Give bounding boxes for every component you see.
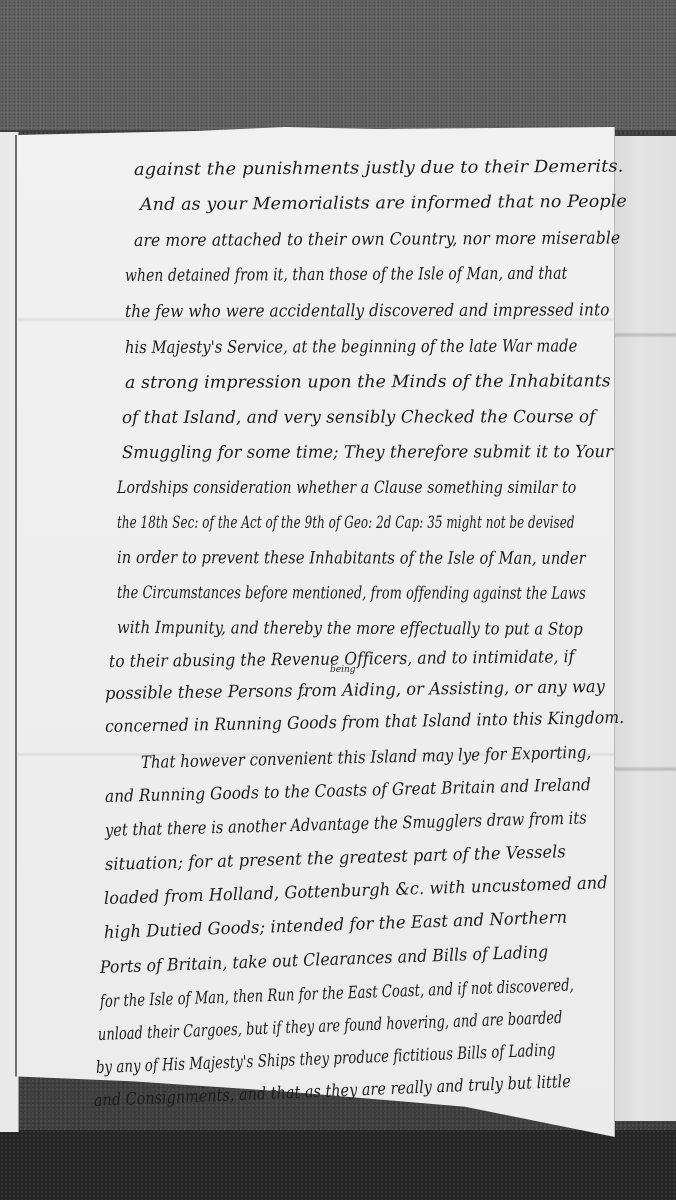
text-line: Smuggling for some time; They therefore … [122, 442, 613, 463]
text-line: possible these Persons from Aiding, or A… [105, 677, 605, 704]
interlinear-insertion: being [330, 665, 356, 675]
text-line: and Running Goods to the Coasts of Great… [105, 775, 591, 807]
text-line: of that Island, and very sensibly Checke… [122, 407, 595, 428]
text-line: concerned in Running Goods from that Isl… [105, 708, 625, 737]
text-line: Ports of Britain, take out Clearances an… [100, 942, 549, 978]
text-line: in order to prevent these Inhabitants of… [117, 548, 586, 569]
text-line: the few who were accidentally discovered… [125, 300, 610, 322]
text-line: for the Isle of Man, then Run for the Ea… [100, 975, 575, 1012]
text-line: That however convenient this Island may … [141, 743, 592, 773]
text-line: the 18th Sec: of the Act of the 9th of G… [117, 513, 575, 533]
text-line: against the punishments justly due to th… [134, 157, 624, 180]
text-line: unload their Cargoes, but if they are fo… [98, 1008, 563, 1045]
text-line: And as your Memorialists are informed th… [140, 192, 627, 215]
text-line: the Circumstances before mentioned, from… [117, 583, 586, 604]
text-line: high Dutied Goods; intended for the East… [104, 908, 568, 943]
text-line: his Majesty's Service, at the beginning … [125, 336, 577, 358]
text-line: and Consignments, and that as they are r… [94, 1072, 572, 1111]
text-line: are more attached to their own Country, … [134, 228, 620, 251]
text-line: when detained from it, than those of the… [125, 264, 567, 286]
text-line: Lordships consideration whether a Clause… [117, 478, 576, 498]
manuscript-text: against the punishments justly due to th… [0, 0, 676, 1200]
text-line: loaded from Holland, Gottenburgh &c. wit… [104, 873, 608, 909]
text-line: with Impunity, and thereby the more effe… [117, 618, 583, 640]
text-line: by any of His Majesty's Ships they produ… [96, 1040, 556, 1078]
text-line: yet that there is another Advantage the … [105, 808, 587, 841]
text-line: a strong impression upon the Minds of th… [125, 371, 611, 393]
text-line: situation; for at present the greatest p… [105, 842, 566, 875]
